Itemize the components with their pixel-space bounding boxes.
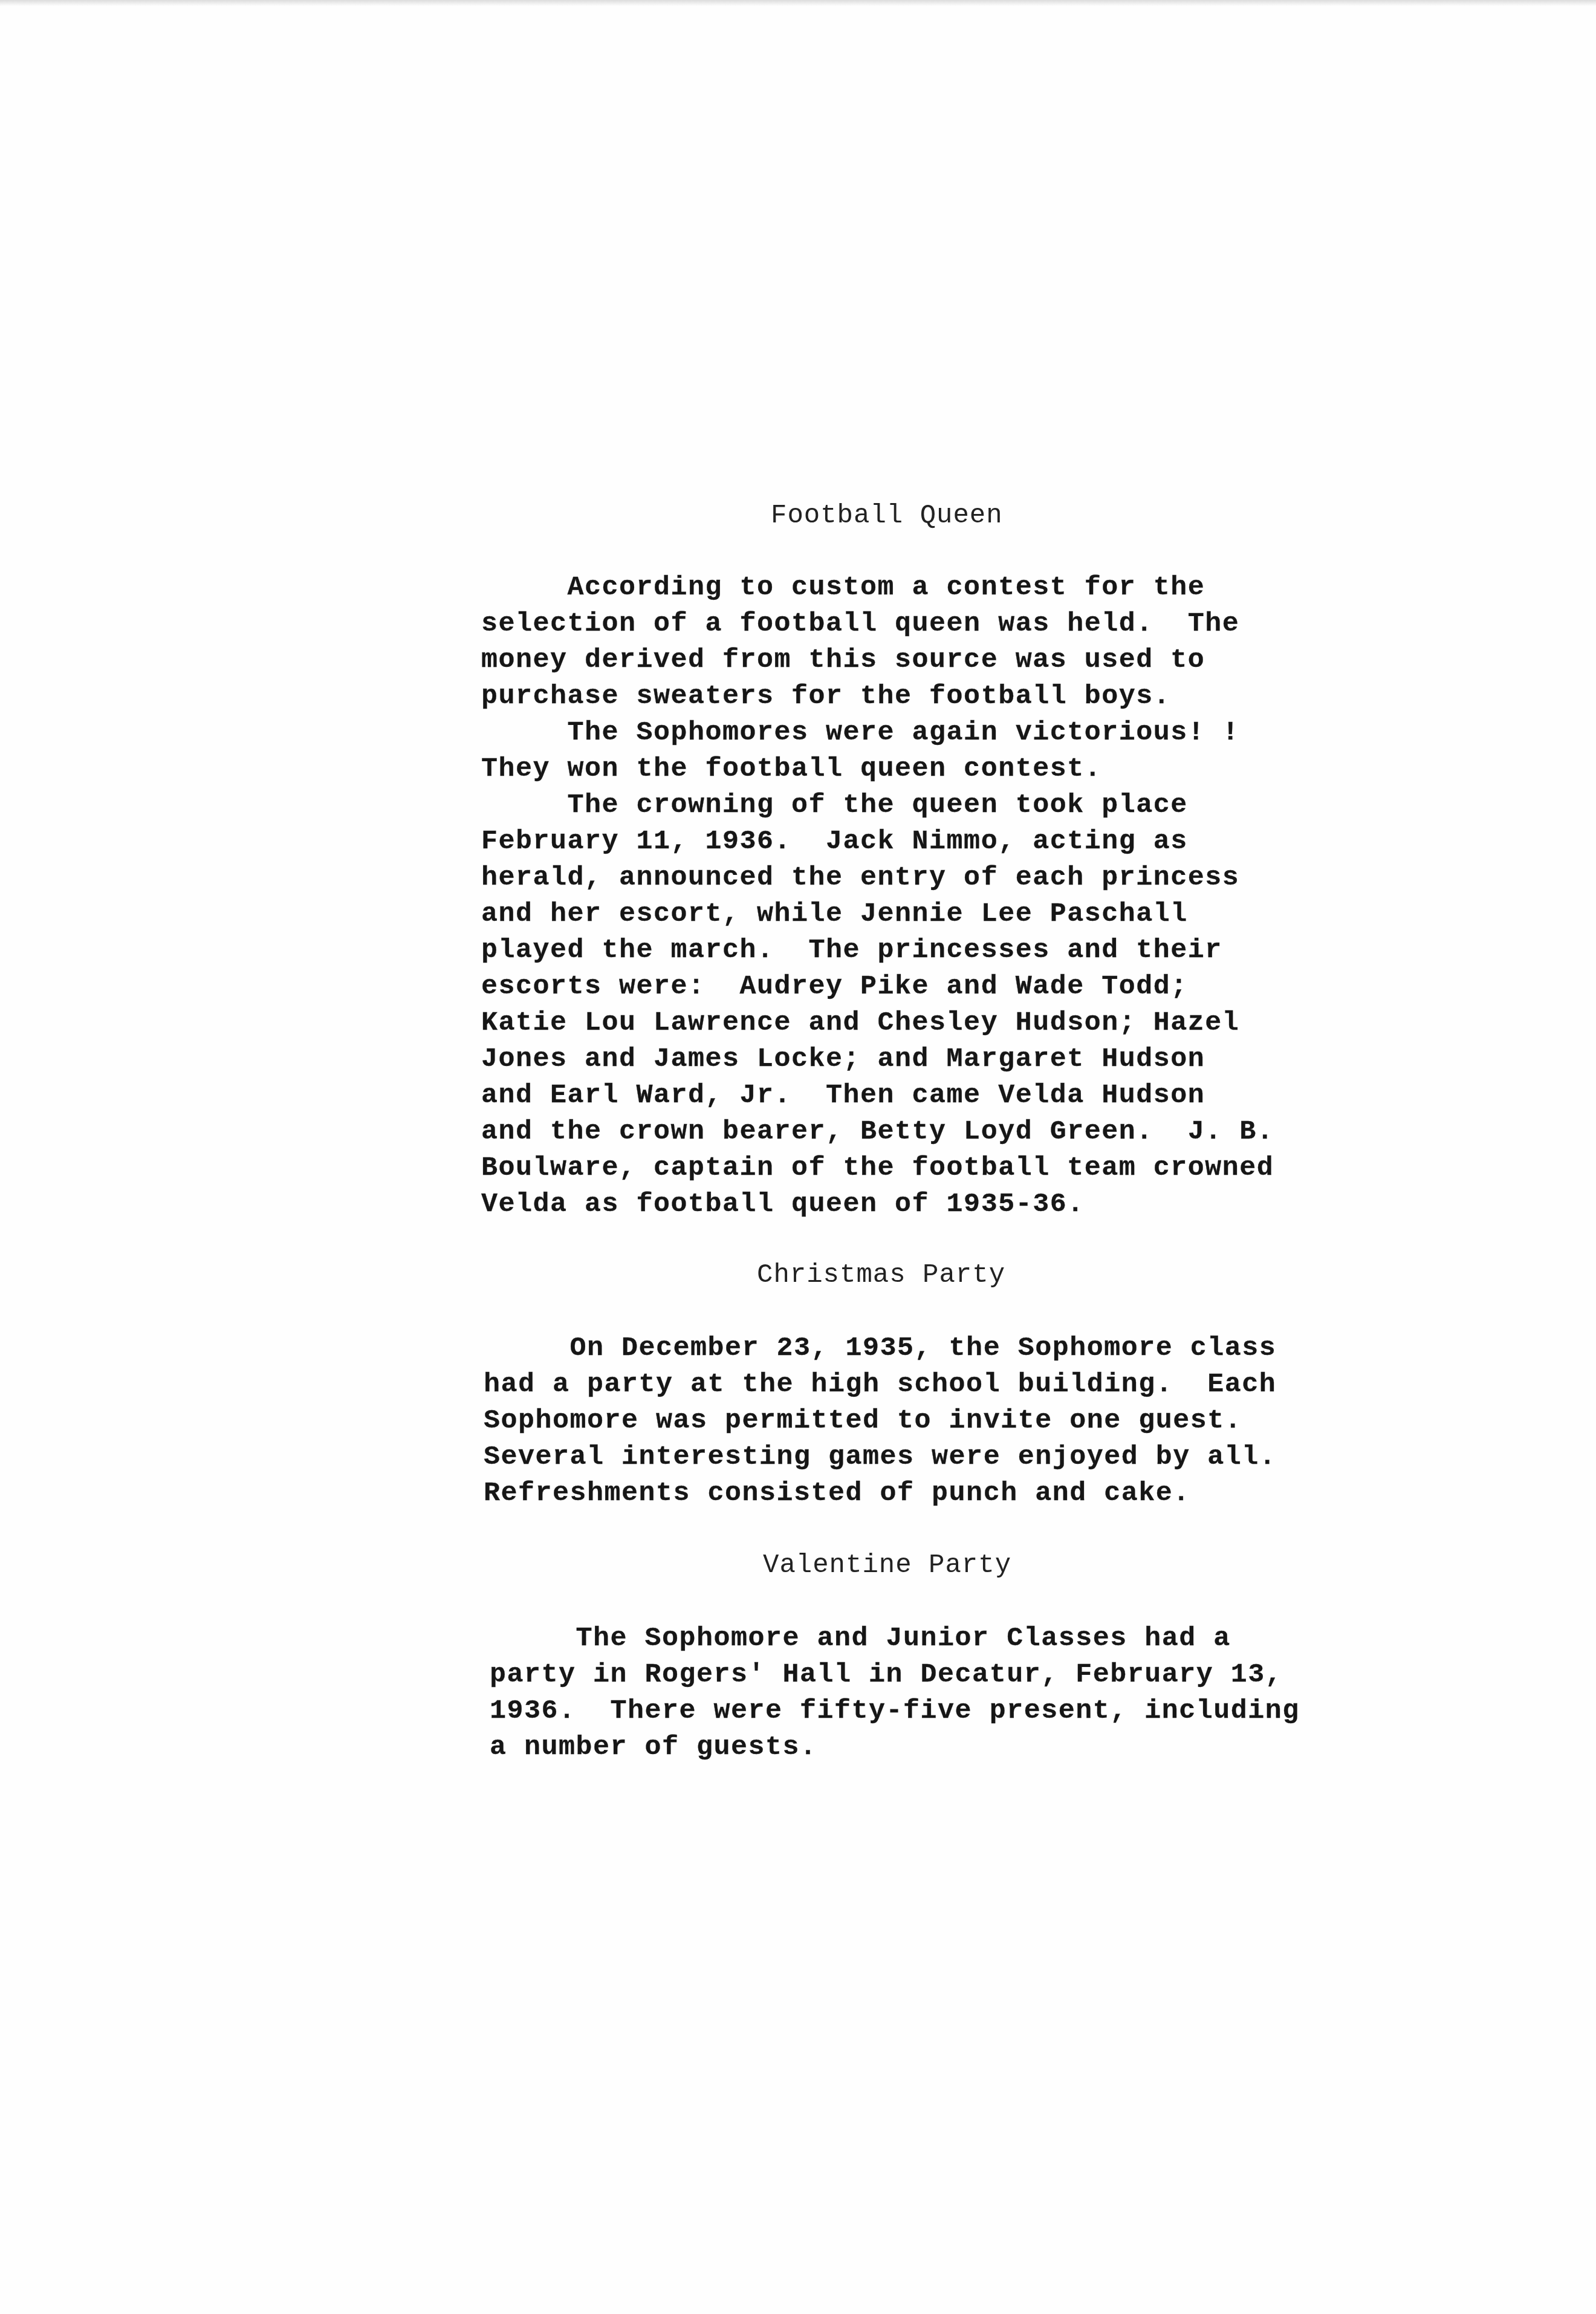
text-line: The crowning of the queen took place: [481, 790, 1188, 821]
text-line: escorts were: Audrey Pike and Wade Todd;: [481, 971, 1188, 1002]
text-line: Several interesting games were enjoyed b…: [484, 1441, 1276, 1472]
text-line: Boulware, captain of the football team c…: [481, 1152, 1274, 1183]
text-line: February 11, 1936. Jack Nimmo, acting as: [481, 826, 1188, 857]
text-line: Velda as football queen of 1935-36.: [481, 1189, 1085, 1220]
text-line: The Sophomores were again victorious! !: [481, 717, 1239, 748]
text-line: Jones and James Locke; and Margaret Huds…: [481, 1044, 1205, 1074]
text-line: and her escort, while Jennie Lee Paschal…: [481, 899, 1188, 929]
text-line: purchase sweaters for the football boys.: [481, 681, 1170, 712]
text-line: According to custom a contest for the: [481, 572, 1205, 603]
text-line: played the march. The princesses and the…: [481, 935, 1222, 966]
text-line: 1936. There were fifty-five present, inc…: [490, 1695, 1300, 1726]
text-line: herald, announced the entry of each prin…: [481, 862, 1239, 893]
text-line: party in Rogers' Hall in Decatur, Februa…: [490, 1659, 1282, 1690]
text-line: and the crown bearer, Betty Loyd Green. …: [481, 1116, 1274, 1147]
text-line: On December 23, 1935, the Sophomore clas…: [484, 1333, 1276, 1363]
heading-football-queen: Football Queen: [771, 501, 1003, 531]
text-line: a number of guests.: [490, 1732, 817, 1763]
heading-christmas-party: Christmas Party: [757, 1260, 1005, 1290]
text-line: They won the football queen contest.: [481, 753, 1101, 784]
text-line: Refreshments consisted of punch and cake…: [484, 1478, 1190, 1509]
text-line: money derived from this source was used …: [481, 645, 1205, 675]
text-line: Katie Lou Lawrence and Chesley Hudson; H…: [481, 1007, 1239, 1038]
text-line: selection of a football queen was held. …: [481, 608, 1239, 639]
heading-valentine-party: Valentine Party: [763, 1550, 1011, 1581]
text-line: The Sophomore and Junior Classes had a: [490, 1623, 1231, 1654]
text-line: had a party at the high school building.…: [484, 1369, 1276, 1400]
page-top-edge: [0, 0, 1596, 6]
text-line: and Earl Ward, Jr. Then came Velda Hudso…: [481, 1080, 1205, 1111]
document-page: Football Queen According to custom a con…: [0, 0, 1596, 2314]
text-line: Sophomore was permitted to invite one gu…: [484, 1405, 1242, 1436]
